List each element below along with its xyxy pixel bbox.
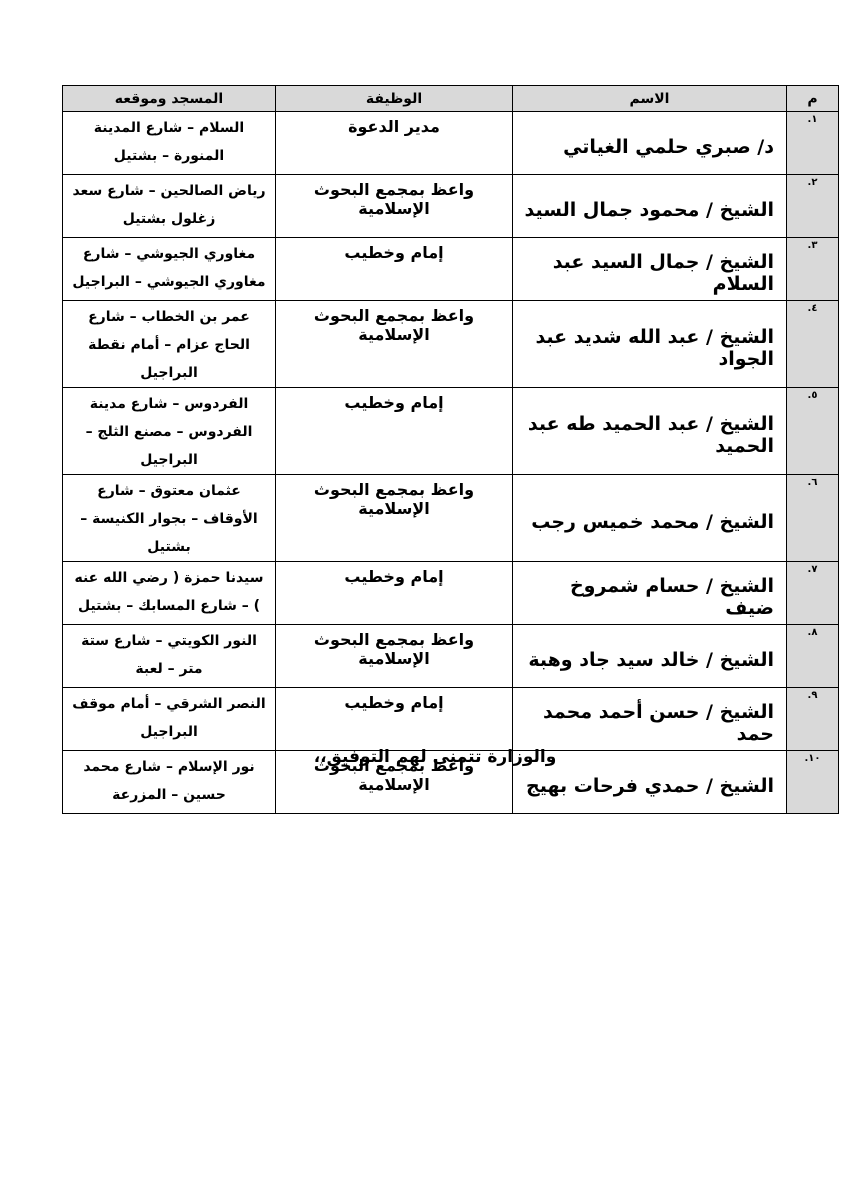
header-cell-number: م xyxy=(787,86,839,112)
person-name: الشيخ / عبد الله شديد عبد الجواد xyxy=(513,301,787,388)
job-title: إمام وخطيب xyxy=(276,688,513,751)
row-number: ٧. xyxy=(787,562,839,625)
roster-table-body: ١. د/ صبري حلمي الغياتي مدير الدعوة السل… xyxy=(63,112,839,814)
job-title: إمام وخطيب xyxy=(276,562,513,625)
mosque-location: عثمان معتوق – شارع الأوقاف – بجوار الكني… xyxy=(63,475,276,562)
roster-table: م الاسم الوظيفة المسجد وموقعه ١. د/ صبري… xyxy=(62,85,839,814)
job-title: واعظ بمجمع البحوث الإسلامية xyxy=(276,301,513,388)
job-title: إمام وخطيب xyxy=(276,238,513,301)
row-number: ١. xyxy=(787,112,839,175)
table-row: ٨. الشيخ / خالد سيد جاد وهبة واعظ بمجمع … xyxy=(63,625,839,688)
header-cell-name: الاسم xyxy=(513,86,787,112)
mosque-location: النور الكويتي – شارع ستة متر – لعبة xyxy=(63,625,276,688)
person-name: الشيخ / محمد خميس رجب xyxy=(513,475,787,562)
person-name: د/ صبري حلمي الغياتي xyxy=(513,112,787,175)
row-number: ٦. xyxy=(787,475,839,562)
mosque-location: السلام – شارع المدينة المنورة – بشتيل xyxy=(63,112,276,175)
header-cell-job: الوظيفة xyxy=(276,86,513,112)
mosque-location: الفردوس – شارع مدينة الفردوس – مصنع الثل… xyxy=(63,388,276,475)
mosque-location: رياض الصالحين – شارع سعد زغلول بشتيل xyxy=(63,175,276,238)
table-row: ٥. الشيخ / عبد الحميد طه عبد الحميد إمام… xyxy=(63,388,839,475)
job-title: مدير الدعوة xyxy=(276,112,513,175)
job-title: واعظ بمجمع البحوث الإسلامية xyxy=(276,175,513,238)
row-number: ٥. xyxy=(787,388,839,475)
mosque-location: مغاوري الجيوشي – شارع مغاوري الجيوشي – ا… xyxy=(63,238,276,301)
row-number: ٨. xyxy=(787,625,839,688)
closing-note: والوزارة تتمنى لهم التوفيق،، xyxy=(62,747,808,767)
table-row: ٢. الشيخ / محمود جمال السيد واعظ بمجمع ا… xyxy=(63,175,839,238)
roster-table-header: م الاسم الوظيفة المسجد وموقعه xyxy=(63,86,839,112)
person-name: الشيخ / حسام شمروخ ضيف xyxy=(513,562,787,625)
job-title: واعظ بمجمع البحوث الإسلامية xyxy=(276,625,513,688)
person-name: الشيخ / خالد سيد جاد وهبة xyxy=(513,625,787,688)
row-number: ٩. xyxy=(787,688,839,751)
person-name: الشيخ / جمال السيد عبد السلام xyxy=(513,238,787,301)
job-title: واعظ بمجمع البحوث الإسلامية xyxy=(276,475,513,562)
table-row: ٩. الشيخ / حسن أحمد محمد حمد إمام وخطيب … xyxy=(63,688,839,751)
table-row: ١. د/ صبري حلمي الغياتي مدير الدعوة السل… xyxy=(63,112,839,175)
person-name: الشيخ / محمود جمال السيد xyxy=(513,175,787,238)
row-number: ٢. xyxy=(787,175,839,238)
table-row: ٣. الشيخ / جمال السيد عبد السلام إمام وخ… xyxy=(63,238,839,301)
row-number: ٤. xyxy=(787,301,839,388)
table-row: ٧. الشيخ / حسام شمروخ ضيف إمام وخطيب سيد… xyxy=(63,562,839,625)
mosque-location: سيدنا حمزة ( رضي الله عنه ) – شارع المسا… xyxy=(63,562,276,625)
table-row: ٤. الشيخ / عبد الله شديد عبد الجواد واعظ… xyxy=(63,301,839,388)
header-row: م الاسم الوظيفة المسجد وموقعه xyxy=(63,86,839,112)
job-title: إمام وخطيب xyxy=(276,388,513,475)
row-number: ٣. xyxy=(787,238,839,301)
mosque-location: النصر الشرقي – أمام موقف البراجيل xyxy=(63,688,276,751)
document-page: م الاسم الوظيفة المسجد وموقعه ١. د/ صبري… xyxy=(0,0,843,1193)
table-row: ٦. الشيخ / محمد خميس رجب واعظ بمجمع البح… xyxy=(63,475,839,562)
person-name: الشيخ / حسن أحمد محمد حمد xyxy=(513,688,787,751)
mosque-location: عمر بن الخطاب – شارع الحاج عزام – أمام ن… xyxy=(63,301,276,388)
header-cell-mosque: المسجد وموقعه xyxy=(63,86,276,112)
person-name: الشيخ / عبد الحميد طه عبد الحميد xyxy=(513,388,787,475)
